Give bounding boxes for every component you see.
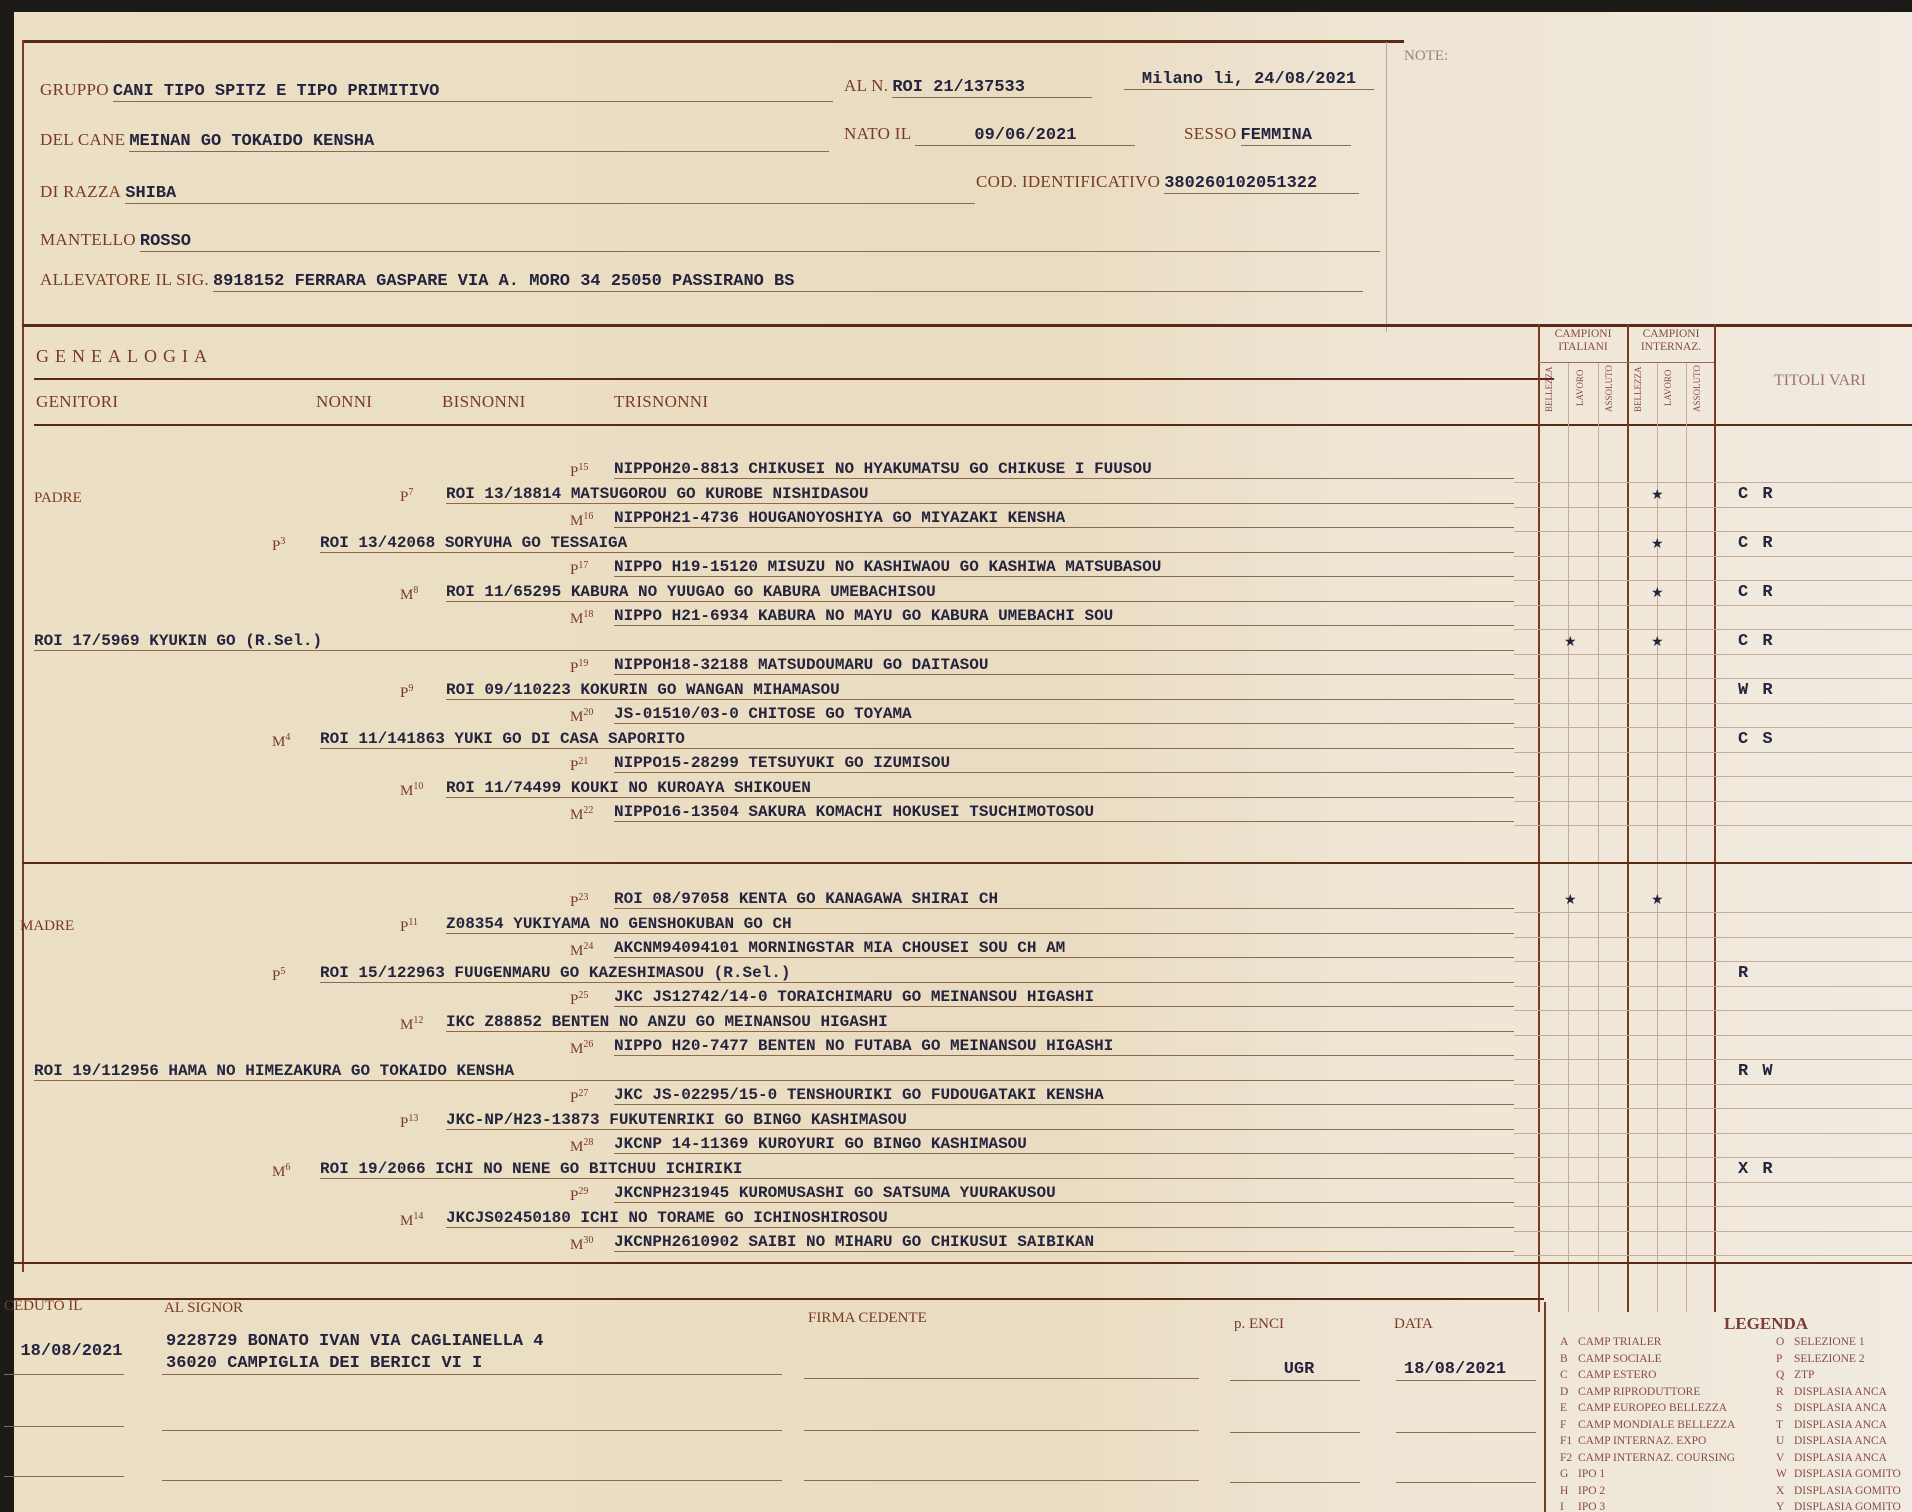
grid-row-line (1514, 1108, 1912, 1109)
ancestor-position-tag: P13 (400, 1113, 418, 1132)
ancestor-name: ROI 13/42068 SORYUHA GO TESSAIGA (320, 534, 1514, 553)
legend-item: DCAMP RIPRODUTTORE (1560, 1384, 1735, 1401)
note-label: NOTE: (1404, 48, 1448, 65)
ancestor-position-tag: P9 (400, 683, 413, 702)
sub-col-lavoro-it: LAVORO (1575, 370, 1585, 406)
razza-label: DI RAZZA (40, 182, 121, 201)
signature-line (4, 1426, 124, 1427)
grid-row-line (1514, 482, 1912, 483)
star-icon: ★ (1564, 892, 1577, 909)
legend-item: PSELEZIONE 2 (1776, 1351, 1901, 1368)
genealogy-title-rule (34, 378, 1554, 380)
grid-row-line (1514, 703, 1912, 704)
ceduto-label: CEDUTO IL (4, 1298, 82, 1315)
ancestor-position-tag: M12 (400, 1015, 423, 1034)
grid-row-line (1514, 556, 1912, 557)
coat-value: ROSSO (140, 232, 1380, 252)
sex-value: FEMMINA (1241, 126, 1351, 146)
campioni-internaz-header: CAMPIONI INTERNAZ. (1629, 328, 1713, 354)
place-date: Milano li, 24/08/2021 (1124, 70, 1374, 90)
legend-item: UDISPLASIA ANCA (1776, 1433, 1901, 1450)
titles-value: W R (1738, 681, 1775, 700)
star-icon: ★ (1651, 892, 1664, 909)
lineage-divider (22, 862, 1912, 864)
grid-row-line (1514, 937, 1912, 938)
left-border (22, 40, 24, 1272)
legend-border (1544, 1302, 1546, 1512)
breeder-value: 8918152 FERRARA GASPARE VIA A. MORO 34 2… (213, 272, 1363, 292)
gruppo-label: GRUPPO (40, 80, 109, 99)
ancestor-position-tag: P7 (400, 487, 413, 506)
ancestor-name: JKC-NP/H23-13873 FUKUTENRIKI GO BINGO KA… (446, 1111, 1514, 1130)
signature-line (1230, 1380, 1360, 1381)
ancestor-position-tag: P3 (272, 536, 285, 555)
legend-item: F1CAMP INTERNAZ. EXPO (1560, 1433, 1735, 1450)
genealogy-bottom-border (14, 1262, 1912, 1264)
signature-line (804, 1378, 1199, 1379)
legend-item: ECAMP EUROPEO BELLEZZA (1560, 1400, 1735, 1417)
legend-left-column: ACAMP TRIALERBCAMP SOCIALECCAMP ESTERODC… (1560, 1334, 1735, 1512)
ancestor-position-tag: P25 (570, 990, 588, 1009)
ancestor-position-tag: P5 (272, 966, 285, 985)
ancestor-position-tag: P23 (570, 892, 588, 911)
ancestor-position-tag: M4 (272, 732, 290, 751)
legend-item: IIPO 3 (1560, 1499, 1735, 1512)
grid-row-line (1514, 1182, 1912, 1183)
ancestor-name: ROI 11/74499 KOUKI NO KUROAYA SHIKOUEN (446, 779, 1514, 798)
al-signor-label: AL SIGNOR (164, 1300, 243, 1317)
signature-line (804, 1480, 1199, 1481)
legend-item: WDISPLASIA GOMITO (1776, 1466, 1901, 1483)
ancestor-position-tag: M16 (570, 511, 593, 530)
pedigree-document: GRUPPO CANI TIPO SPITZ E TIPO PRIMITIVO … (14, 12, 1912, 1512)
legend-item: F2CAMP INTERNAZ. COURSING (1560, 1450, 1735, 1467)
ancestor-name: ROI 13/18814 MATSUGOROU GO KUROBE NISHID… (446, 485, 1514, 504)
grid-col-line (1627, 324, 1629, 1312)
ancestor-name: JKCNPH231945 KUROMUSASHI GO SATSUMA YUUR… (614, 1184, 1514, 1203)
grid-col-line (1657, 362, 1658, 1312)
legend-item: GIPO 1 (1560, 1466, 1735, 1483)
grid-col-line (1686, 362, 1687, 1312)
mantello-row: MANTELLO ROSSO (40, 230, 1380, 252)
grid-row-line (1514, 912, 1912, 913)
microchip-value: 380260102051322 (1164, 174, 1359, 194)
campioni-italiani-header: CAMPIONI ITALIANI (1540, 328, 1626, 354)
grid-row-line (1514, 580, 1912, 581)
sub-col-lavoro-int: LAVORO (1663, 370, 1673, 406)
ancestor-position-tag: M6 (272, 1162, 290, 1181)
ancestor-name: JKCNP 14-11369 KUROYURI GO BINGO KASHIMA… (614, 1135, 1514, 1154)
sub-col-bellezza-it: BELLEZZA (1544, 367, 1554, 413)
ancestor-position-tag: M14 (400, 1211, 423, 1230)
titles-value: X R (1738, 1160, 1775, 1179)
grid-row-line (1514, 825, 1912, 826)
ancestor-position-tag: P19 (570, 658, 588, 677)
ancestor-name: NIPPO16-13504 SAKURA KOMACHI HOKUSEI TSU… (614, 803, 1514, 822)
grid-col-line (1568, 362, 1569, 1312)
signature-line (4, 1476, 124, 1477)
ancestor-name: Z08354 YUKIYAMA NO GENSHOKUBAN GO CH (446, 915, 1514, 934)
col-trisnonni: TRISNONNI (614, 392, 708, 412)
ancestor-position-tag: M26 (570, 1039, 593, 1058)
signature-line (804, 1430, 1199, 1431)
ancestor-position-tag: M20 (570, 707, 593, 726)
cod-label: COD. IDENTIFICATIVO (976, 172, 1160, 191)
grid-col-line (1538, 324, 1540, 1312)
titles-value: C S (1738, 730, 1775, 749)
sub-col-assoluto-it: ASSOLUTO (1604, 365, 1614, 412)
ancestor-name: NIPPOH20-8813 CHIKUSEI NO HYAKUMATSU GO … (614, 460, 1514, 479)
ancestor-position-tag: M8 (400, 585, 418, 604)
legend-item: VDISPLASIA ANCA (1776, 1450, 1901, 1467)
legend-item: BCAMP SOCIALE (1560, 1351, 1735, 1368)
transfer-date: 18/08/2021 (1404, 1360, 1506, 1379)
signature-line (162, 1430, 782, 1431)
al-n-label: AL N. (844, 76, 888, 95)
grid-row-line (1514, 1059, 1912, 1060)
ancestor-name: ROI 15/122963 FUUGENMARU GO KAZESHIMASOU… (320, 964, 1514, 983)
del-cane-row: DEL CANE MEINAN GO TOKAIDO KENSHA (40, 130, 860, 152)
signature-line (1396, 1432, 1536, 1433)
ancestor-name: ROI 17/5969 KYUKIN GO (R.Sel.) (34, 632, 1514, 651)
ceduto-date: 18/08/2021 (14, 1342, 129, 1361)
grid-subheader-rule (1538, 362, 1714, 363)
enci-label: p. ENCI (1234, 1316, 1284, 1333)
ancestor-position-tag: P15 (570, 462, 588, 481)
sub-col-bellezza-int: BELLEZZA (1633, 367, 1643, 413)
enci-value: UGR (1254, 1360, 1344, 1379)
grid-row-line (1514, 776, 1912, 777)
ancestor-name: JKC JS-02295/15-0 TENSHOURIKI GO FUDOUGA… (614, 1086, 1514, 1105)
col-bisnonni: BISNONNI (442, 392, 526, 412)
al-n-row: AL N. ROI 21/137533 (844, 76, 1092, 98)
ancestor-name: NIPPO15-28299 TETSUYUKI GO IZUMISOU (614, 754, 1514, 773)
signature-line (162, 1374, 782, 1375)
sesso-row: SESSO FEMMINA (1184, 124, 1351, 146)
titles-value: C R (1738, 534, 1775, 553)
legend-item: YDISPLASIA GOMITO (1776, 1499, 1901, 1512)
titles-value: C R (1738, 583, 1775, 602)
registration-number: ROI 21/137533 (892, 78, 1092, 98)
signature-line (4, 1374, 124, 1375)
grid-row-line (1514, 986, 1912, 987)
signature-line (1230, 1482, 1360, 1483)
star-icon: ★ (1651, 585, 1664, 602)
ancestor-name: ROI 09/110223 KOKURIN GO WANGAN MIHAMASO… (446, 681, 1514, 700)
ancestor-position-tag: M24 (570, 941, 593, 960)
data-label: DATA (1394, 1316, 1433, 1333)
ancestor-name: NIPPO H21-6934 KABURA NO MAYU GO KABURA … (614, 607, 1514, 626)
legend-item: CCAMP ESTERO (1560, 1367, 1735, 1384)
birth-date: 09/06/2021 (915, 126, 1135, 146)
gruppo-value: CANI TIPO SPITZ E TIPO PRIMITIVO (113, 82, 833, 102)
titles-value: R W (1738, 1062, 1775, 1081)
col-genitori: GENITORI (36, 392, 118, 412)
col-nonni: NONNI (316, 392, 372, 412)
dog-name: MEINAN GO TOKAIDO KENSHA (129, 132, 829, 152)
titles-value: R (1738, 964, 1750, 983)
del-cane-label: DEL CANE (40, 130, 125, 149)
breed-value: SHIBA (125, 184, 975, 204)
ancestor-name: ROI 19/112956 HAMA NO HIMEZAKURA GO TOKA… (34, 1062, 1514, 1081)
grid-row-line (1514, 654, 1912, 655)
grid-row-line (1514, 752, 1912, 753)
ancestor-name: NIPPO H19-15120 MISUZU NO KASHIWAOU GO K… (614, 558, 1514, 577)
razza-row: DI RAZZA SHIBA (40, 182, 990, 204)
madre-label: MADRE (20, 918, 74, 935)
grid-row-line (1514, 1084, 1912, 1085)
grid-row-line (1514, 1035, 1912, 1036)
header-top-border (22, 40, 1404, 43)
ancestor-name: IKC Z88852 BENTEN NO ANZU GO MEINANSOU H… (446, 1013, 1514, 1032)
ancestor-name: AKCNM94094101 MORNINGSTAR MIA CHOUSEI SO… (614, 939, 1514, 958)
legend-item: SDISPLASIA ANCA (1776, 1400, 1901, 1417)
titoli-vari-header: TITOLI VARI (1774, 372, 1866, 390)
star-icon: ★ (1651, 487, 1664, 504)
grid-row-line (1514, 605, 1912, 606)
legend-item: HIPO 2 (1560, 1483, 1735, 1500)
legend-item: TDISPLASIA ANCA (1776, 1417, 1901, 1434)
legend-item: QZTP (1776, 1367, 1901, 1384)
grid-col-line (1714, 324, 1716, 1312)
ancestor-name: ROI 11/141863 YUKI GO DI CASA SAPORITO (320, 730, 1514, 749)
legend-item: FCAMP MONDIALE BELLEZZA (1560, 1417, 1735, 1434)
grid-row-line (1514, 961, 1912, 962)
grid-row-line (1514, 801, 1912, 802)
allevatore-label: ALLEVATORE IL SIG. (40, 270, 209, 289)
legend-item: XDISPLASIA GOMITO (1776, 1483, 1901, 1500)
legend-item: ACAMP TRIALER (1560, 1334, 1735, 1351)
grid-row-line (1514, 1255, 1912, 1256)
ancestor-name: ROI 11/65295 KABURA NO YUUGAO GO KABURA … (446, 583, 1514, 602)
ancestor-position-tag: P11 (400, 917, 418, 936)
sub-col-assoluto-int: ASSOLUTO (1692, 365, 1702, 412)
allevatore-row: ALLEVATORE IL SIG. 8918152 FERRARA GASPA… (40, 270, 1380, 292)
grid-row-line (1514, 1157, 1912, 1158)
genealogy-header-rule (34, 424, 1912, 426)
new-owner-line1: 9228729 BONATO IVAN VIA CAGLIANELLA 4 (166, 1332, 543, 1351)
grid-row-line (1514, 1133, 1912, 1134)
grid-row-line (1514, 678, 1912, 679)
grid-row-line (1514, 727, 1912, 728)
ancestor-name: JKC JS12742/14-0 TORAICHIMARU GO MEINANS… (614, 988, 1514, 1007)
grid-row-line (1514, 507, 1912, 508)
ancestor-name: NIPPOH18-32188 MATSUDOUMARU GO DAITASOU (614, 656, 1514, 675)
star-icon: ★ (1651, 634, 1664, 651)
grid-row-line (1514, 1206, 1912, 1207)
ancestor-position-tag: P17 (570, 560, 588, 579)
grid-row-line (1514, 1010, 1912, 1011)
ancestor-position-tag: M18 (570, 609, 593, 628)
star-icon: ★ (1651, 536, 1664, 553)
signature-line (1230, 1432, 1360, 1433)
transfer-top-border (14, 1298, 1544, 1300)
legend-title: LEGENDA (1724, 1314, 1808, 1334)
nato-il-label: NATO IL (844, 124, 911, 143)
ancestor-name: JS-01510/03-0 CHITOSE GO TOYAMA (614, 705, 1514, 724)
grid-col-line (1598, 362, 1599, 1312)
cod-row: COD. IDENTIFICATIVO 380260102051322 (976, 172, 1359, 194)
ancestor-position-tag: M10 (400, 781, 423, 800)
ancestor-position-tag: M22 (570, 805, 593, 824)
ancestor-position-tag: P21 (570, 756, 588, 775)
star-icon: ★ (1564, 634, 1577, 651)
grid-row-line (1514, 629, 1912, 630)
ancestor-position-tag: M28 (570, 1137, 593, 1156)
note-divider (1386, 42, 1387, 332)
gruppo-row: GRUPPO CANI TIPO SPITZ E TIPO PRIMITIVO (40, 80, 860, 102)
genealogy-top-border (22, 324, 1912, 327)
ancestor-name: JKCJS02450180 ICHI NO TORAME GO ICHINOSH… (446, 1209, 1514, 1228)
ancestor-name: ROI 19/2066 ICHI NO NENE GO BITCHUU ICHI… (320, 1160, 1514, 1179)
padre-label: PADRE (34, 490, 82, 507)
legend-right-column: OSELEZIONE 1PSELEZIONE 2QZTPRDISPLASIA A… (1776, 1334, 1901, 1512)
signature-line (162, 1480, 782, 1481)
nato-il-row: NATO IL 09/06/2021 (844, 124, 1135, 146)
ancestor-position-tag: P27 (570, 1088, 588, 1107)
ancestor-name: NIPPO H20-7477 BENTEN NO FUTABA GO MEINA… (614, 1037, 1514, 1056)
signature-line (1396, 1482, 1536, 1483)
firma-cedente-label: FIRMA CEDENTE (808, 1310, 927, 1327)
ancestor-name: ROI 08/97058 KENTA GO KANAGAWA SHIRAI CH (614, 890, 1514, 909)
mantello-label: MANTELLO (40, 230, 136, 249)
new-owner-line2: 36020 CAMPIGLIA DEI BERICI VI I (166, 1354, 482, 1373)
titles-value: C R (1738, 485, 1775, 504)
titles-value: C R (1738, 632, 1775, 651)
signature-line (1396, 1380, 1536, 1381)
ancestor-name: JKCNPH2610902 SAIBI NO MIHARU GO CHIKUSU… (614, 1233, 1514, 1252)
ancestor-position-tag: P29 (570, 1186, 588, 1205)
sesso-label: SESSO (1184, 124, 1237, 143)
ancestor-name: NIPPOH21-4736 HOUGANOYOSHIYA GO MIYAZAKI… (614, 509, 1514, 528)
legend-item: OSELEZIONE 1 (1776, 1334, 1901, 1351)
genealogy-title: GENEALOGIA (36, 346, 213, 367)
ancestor-position-tag: M30 (570, 1235, 593, 1254)
grid-row-line (1514, 531, 1912, 532)
grid-row-line (1514, 1231, 1912, 1232)
legend-item: RDISPLASIA ANCA (1776, 1384, 1901, 1401)
